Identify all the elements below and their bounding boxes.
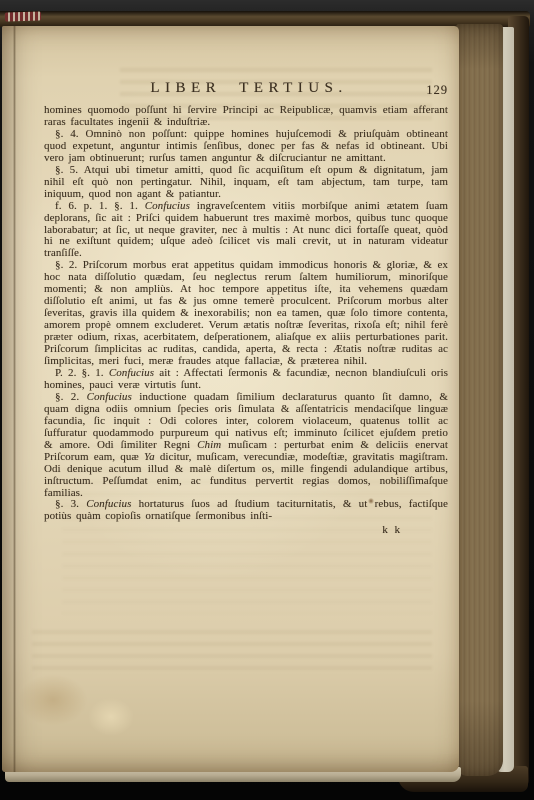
photo-backdrop: LIBER TERTIUS. 129 homines quomodo poſſu… <box>0 0 534 800</box>
text-segment: P. 2. §. 1. <box>55 367 109 379</box>
fore-edge-pages <box>456 24 503 776</box>
page-stain <box>18 674 88 726</box>
book-page: LIBER TERTIUS. 129 homines quomodo poſſu… <box>2 26 459 772</box>
italic-term: Confucius <box>145 200 190 212</box>
headband <box>5 11 41 21</box>
page-number: 129 <box>426 83 448 98</box>
page-stain-light <box>88 698 134 736</box>
italic-term: Ya <box>144 451 155 463</box>
text-block: LIBER TERTIUS. 129 homines quomodo poſſu… <box>44 80 448 536</box>
text-segment: §. 2. <box>55 391 87 403</box>
text-segment: §. 4. Omninò non poſſunt: quippe homines… <box>44 128 448 164</box>
paragraph-priscorum: §. 2. Priſcorum morbus erat appetitus qu… <box>44 260 448 368</box>
paragraph-section-4: §. 4. Omninò non poſſunt: quippe homines… <box>44 129 448 165</box>
running-header: LIBER TERTIUS. 129 <box>44 80 448 102</box>
italic-term: Confucius <box>86 498 131 510</box>
text-segment: §. 2. Priſcorum morbus erat appetitus qu… <box>44 259 448 367</box>
paragraph-pars-2: P. 2. §. 1. Confucius ait : Affectati ſe… <box>44 368 448 392</box>
paragraph-section-3: §. 3. Confucius hortaturus ſuos ad ſtudi… <box>44 499 448 523</box>
italic-term: Chim <box>197 439 221 451</box>
italic-term: Confucius <box>87 391 132 403</box>
book-cover-top-edge <box>0 11 530 27</box>
gutter-crease <box>13 26 16 772</box>
page-title: LIBER TERTIUS. <box>44 80 448 97</box>
text-segment: homines quomodo poſſunt hi ſervire Princ… <box>44 104 448 128</box>
text-segment: §. 3. <box>55 498 86 510</box>
text-segment: f. 6. p. 1. §. 1. <box>55 200 145 212</box>
paragraph-continuation: homines quomodo poſſunt hi ſervire Princ… <box>44 105 448 129</box>
catchword: k k <box>44 524 448 536</box>
paragraph-folio-6: f. 6. p. 1. §. 1. Confucius ingraveſcent… <box>44 201 448 261</box>
text-segment: §. 5. Atqui ubi timetur amitti, quod ſic… <box>44 164 448 200</box>
show-through-ghost-bottom <box>32 630 432 676</box>
body-text: homines quomodo poſſunt hi ſervire Princ… <box>44 105 448 523</box>
paragraph-section-5: §. 5. Atqui ubi timetur amitti, quod ſic… <box>44 165 448 201</box>
paragraph-odi-colores: §. 2. Confucius inductione quadam ſimili… <box>44 392 448 500</box>
italic-term: Confucius <box>109 367 154 379</box>
